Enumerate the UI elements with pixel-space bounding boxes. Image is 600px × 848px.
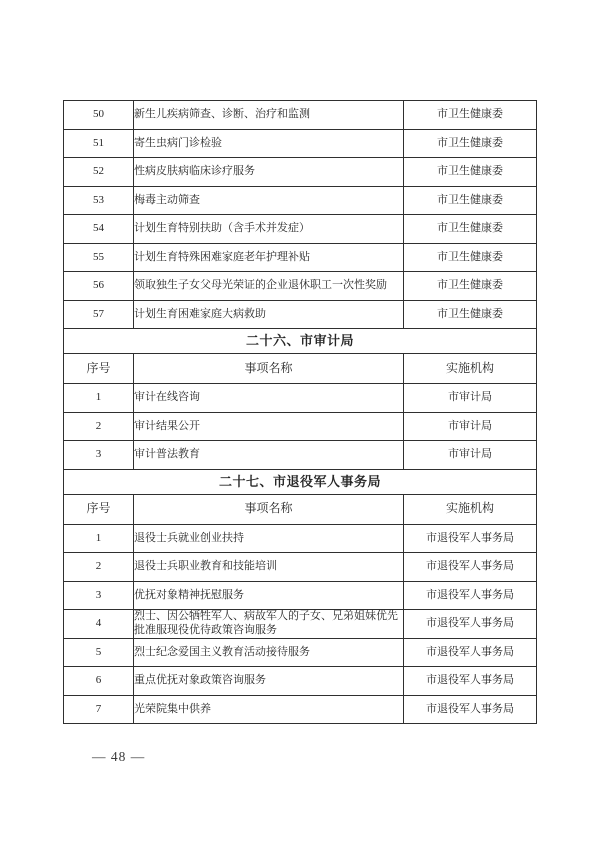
- item-name-cell: 优抚对象精神抚慰服务: [134, 581, 404, 610]
- section-header-row: 二十七、市退役军人事务局: [64, 469, 537, 494]
- agency-cell: 市退役军人事务局: [404, 524, 537, 553]
- section-title: 二十六、市审计局: [64, 329, 537, 354]
- column-header-agency: 实施机构: [404, 354, 537, 384]
- agency-cell: 市卫生健康委: [404, 158, 537, 187]
- column-header-name: 事项名称: [134, 354, 404, 384]
- agency-cell: 市退役军人事务局: [404, 638, 537, 667]
- table-row: 1 审计在线咨询 市审计局: [64, 384, 537, 413]
- table-row: 5 烈士纪念爱国主义教育活动接待服务 市退役军人事务局: [64, 638, 537, 667]
- table-row: 2 审计结果公开 市审计局: [64, 412, 537, 441]
- row-number-cell: 53: [64, 186, 134, 215]
- document-page: 50 新生儿疾病筛查、诊断、治疗和监测 市卫生健康委 51 寄生虫病门诊检验 市…: [0, 0, 600, 848]
- table-row: 57 计划生育困难家庭大病救助 市卫生健康委: [64, 300, 537, 329]
- table-row: 3 优抚对象精神抚慰服务 市退役军人事务局: [64, 581, 537, 610]
- agency-cell: 市退役军人事务局: [404, 667, 537, 696]
- column-header-no: 序号: [64, 494, 134, 524]
- table-row: 50 新生儿疾病筛查、诊断、治疗和监测 市卫生健康委: [64, 101, 537, 130]
- row-number-cell: 2: [64, 553, 134, 582]
- row-number-cell: 52: [64, 158, 134, 187]
- row-number-cell: 1: [64, 524, 134, 553]
- agency-cell: 市审计局: [404, 441, 537, 470]
- table-row: 6 重点优抚对象政策咨询服务 市退役军人事务局: [64, 667, 537, 696]
- row-number-cell: 7: [64, 695, 134, 724]
- item-name-cell: 计划生育特殊困难家庭老年护理补贴: [134, 243, 404, 272]
- item-name-cell: 计划生育困难家庭大病救助: [134, 300, 404, 329]
- item-name-cell: 计划生育特别扶助（含手术并发症）: [134, 215, 404, 244]
- row-number-cell: 2: [64, 412, 134, 441]
- agency-cell: 市退役军人事务局: [404, 553, 537, 582]
- agency-cell: 市卫生健康委: [404, 215, 537, 244]
- row-number-cell: 57: [64, 300, 134, 329]
- table-row: 53 梅毒主动筛查 市卫生健康委: [64, 186, 537, 215]
- item-name-cell: 审计结果公开: [134, 412, 404, 441]
- item-name-cell: 退役士兵就业创业扶持: [134, 524, 404, 553]
- item-name-cell: 领取独生子女父母光荣证的企业退休职工一次性奖励: [134, 272, 404, 301]
- agency-cell: 市卫生健康委: [404, 243, 537, 272]
- row-number-cell: 6: [64, 667, 134, 696]
- row-number-cell: 3: [64, 441, 134, 470]
- column-header-row: 序号 事项名称 实施机构: [64, 354, 537, 384]
- table-row: 3 审计普法教育 市审计局: [64, 441, 537, 470]
- item-name-cell: 新生儿疾病筛查、诊断、治疗和监测: [134, 101, 404, 130]
- row-number-cell: 3: [64, 581, 134, 610]
- table-row: 4 烈士、因公牺牲军人、病故军人的子女、兄弟姐妹优先批准服现役优待政策咨询服务 …: [64, 610, 537, 639]
- item-name-cell: 审计在线咨询: [134, 384, 404, 413]
- agency-cell: 市卫生健康委: [404, 272, 537, 301]
- column-header-row: 序号 事项名称 实施机构: [64, 494, 537, 524]
- row-number-cell: 56: [64, 272, 134, 301]
- agency-cell: 市退役军人事务局: [404, 610, 537, 639]
- agency-cell: 市退役军人事务局: [404, 581, 537, 610]
- agency-cell: 市退役军人事务局: [404, 695, 537, 724]
- item-name-cell: 审计普法教育: [134, 441, 404, 470]
- column-header-no: 序号: [64, 354, 134, 384]
- column-header-agency: 实施机构: [404, 494, 537, 524]
- agency-cell: 市卫生健康委: [404, 129, 537, 158]
- agency-cell: 市卫生健康委: [404, 186, 537, 215]
- row-number-cell: 5: [64, 638, 134, 667]
- agency-cell: 市卫生健康委: [404, 101, 537, 130]
- column-header-name: 事项名称: [134, 494, 404, 524]
- section-header-row: 二十六、市审计局: [64, 329, 537, 354]
- item-name-cell: 烈士、因公牺牲军人、病故军人的子女、兄弟姐妹优先批准服现役优待政策咨询服务: [134, 610, 404, 639]
- row-number-cell: 4: [64, 610, 134, 639]
- table-row: 1 退役士兵就业创业扶持 市退役军人事务局: [64, 524, 537, 553]
- item-name-cell: 退役士兵职业教育和技能培训: [134, 553, 404, 582]
- row-number-cell: 54: [64, 215, 134, 244]
- row-number-cell: 51: [64, 129, 134, 158]
- table-row: 2 退役士兵职业教育和技能培训 市退役军人事务局: [64, 553, 537, 582]
- item-name-cell: 重点优抚对象政策咨询服务: [134, 667, 404, 696]
- row-number-cell: 55: [64, 243, 134, 272]
- item-name-cell: 性病皮肤病临床诊疗服务: [134, 158, 404, 187]
- row-number-cell: 50: [64, 101, 134, 130]
- table-row: 51 寄生虫病门诊检验 市卫生健康委: [64, 129, 537, 158]
- item-name-cell: 光荣院集中供养: [134, 695, 404, 724]
- table-row: 52 性病皮肤病临床诊疗服务 市卫生健康委: [64, 158, 537, 187]
- table-row: 7 光荣院集中供养 市退役军人事务局: [64, 695, 537, 724]
- agency-cell: 市审计局: [404, 384, 537, 413]
- item-name-cell: 寄生虫病门诊检验: [134, 129, 404, 158]
- row-number-cell: 1: [64, 384, 134, 413]
- page-number: — 48 —: [92, 749, 145, 765]
- service-matters-table: 50 新生儿疾病筛查、诊断、治疗和监测 市卫生健康委 51 寄生虫病门诊检验 市…: [63, 100, 537, 724]
- agency-cell: 市审计局: [404, 412, 537, 441]
- item-name-cell: 梅毒主动筛查: [134, 186, 404, 215]
- table-row: 55 计划生育特殊困难家庭老年护理补贴 市卫生健康委: [64, 243, 537, 272]
- section-title: 二十七、市退役军人事务局: [64, 469, 537, 494]
- agency-cell: 市卫生健康委: [404, 300, 537, 329]
- table-row: 56 领取独生子女父母光荣证的企业退休职工一次性奖励 市卫生健康委: [64, 272, 537, 301]
- table-row: 54 计划生育特别扶助（含手术并发症） 市卫生健康委: [64, 215, 537, 244]
- item-name-cell: 烈士纪念爱国主义教育活动接待服务: [134, 638, 404, 667]
